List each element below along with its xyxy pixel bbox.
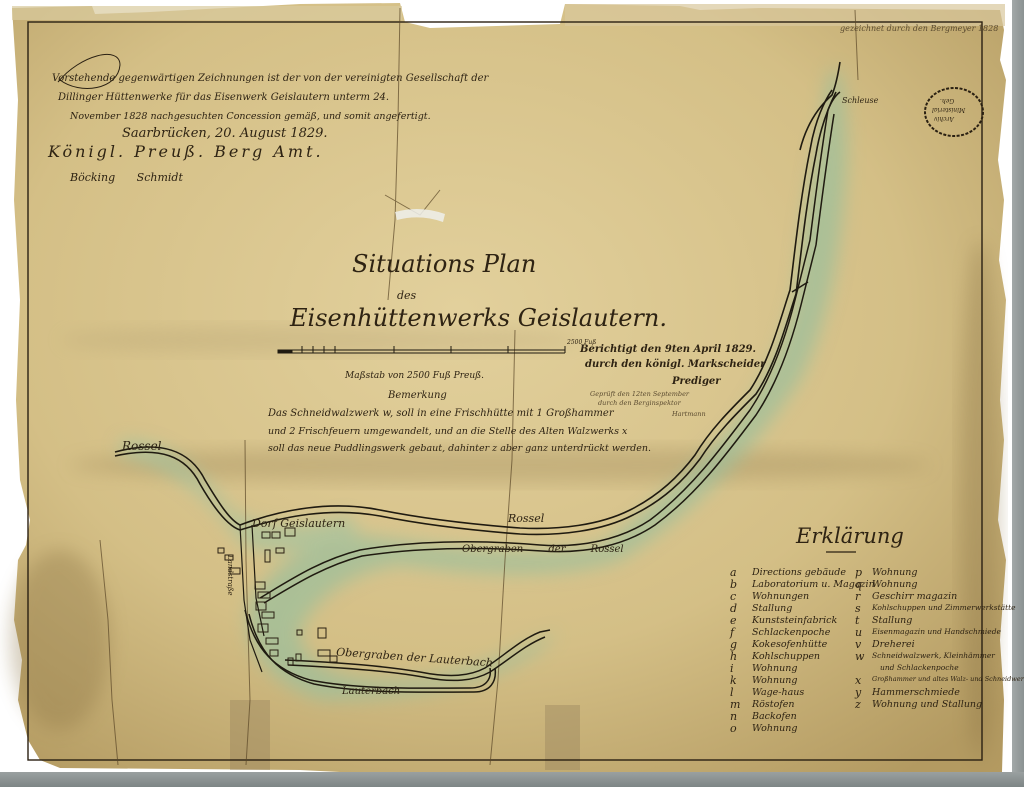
label-rossel-west: Rossel [122, 440, 162, 452]
map-scene: Vorstehende gegenwärtigen Zeichnungen is… [0, 0, 1024, 787]
legend-label: Stallung [752, 603, 792, 614]
label-lauterbach: Lauterbach [342, 687, 400, 697]
legend-key: o [730, 722, 737, 735]
legend-label: Kunststeinfabrick [752, 615, 837, 626]
header-note-line-2: Dillinger Hüttenwerke für das Eisenwerk … [58, 93, 389, 103]
legend-label: Kohlschuppen und Zimmerwerkstätte [872, 603, 1016, 612]
stamp-line-1: Geh. [940, 97, 954, 103]
certification-signature: Prediger [672, 377, 721, 387]
legend-label: Wohnung [752, 723, 797, 734]
legend-label: Wohnungen [752, 591, 809, 602]
legend-label: Backofen [752, 711, 797, 722]
certification-secondary-1: Geprüft den 12ten September [590, 391, 689, 398]
legend-label: Stallung [872, 615, 912, 626]
legend-label: Wohnung [752, 675, 797, 686]
label-rossel-upper-canal: Obergraben der Rossel [462, 545, 624, 555]
header-note-line-3: November 1828 nachgesuchten Concession g… [70, 112, 431, 122]
remark-line-2: und 2 Frischfeuern umgewandelt, und an d… [268, 427, 627, 437]
legend-label: Kokesofenhütte [752, 639, 827, 650]
certification-line-2: durch den königl. Markscheider [585, 360, 765, 370]
title-line-1: Situations Plan [352, 252, 536, 276]
header-note-office: Königl. Preuß. Berg Amt. [48, 144, 324, 160]
legend-label: Geschirr magazin [872, 591, 957, 602]
title-line-2: des [397, 290, 416, 301]
header-note-signatures: Böcking Schmidt [70, 172, 183, 183]
legend-label: Eisenmagazin und Handschmiede [872, 627, 1001, 636]
legend-label: Wohnung [872, 567, 917, 578]
label-rossel-main: Rossel [508, 513, 544, 524]
legend-title: Erklärung [796, 526, 904, 547]
remark-heading: Bemerkung [388, 391, 447, 401]
stamp-line-3: Archiv [934, 115, 954, 121]
header-note-line-1: Vorstehende gegenwärtigen Zeichnungen is… [52, 74, 488, 84]
top-right-note: gezeichnet durch den Bergmeyer 1828 [840, 25, 998, 33]
legend-key: z [855, 698, 861, 711]
title-line-3: Eisenhüttenwerks Geislautern. [290, 306, 667, 330]
remark-line-1: Das Schneidwalzwerk w, soll in eine Fris… [268, 409, 614, 419]
legend-label: und Schlackenpoche [880, 663, 959, 672]
legend-label: Schlackenpoche [752, 627, 830, 638]
legend-label: Schneidwalzwerk, Kleinhämmer [872, 651, 995, 660]
remark-line-3: soll das neue Puddlingswerk gebaut, dahi… [268, 444, 651, 454]
legend-label: Wage-haus [752, 687, 804, 698]
legend-label: Directions gebäude [752, 567, 846, 578]
certification-secondary-signature: Hartmann [672, 411, 706, 418]
legend-label: Wohnung [752, 663, 797, 674]
label-village-road: Landstraße [226, 555, 233, 596]
label-weir: Schleuse [842, 97, 878, 105]
legend-key: w [855, 650, 864, 663]
certification-line-1: Berichtigt den 9ten April 1829. [580, 345, 756, 355]
header-note-date: Saarbrücken, 20. August 1829. [122, 127, 328, 140]
label-village: Dorf Geislautern [252, 518, 345, 529]
legend-label: Hammerschmiede [872, 687, 960, 698]
legend-label: Röstofen [752, 699, 795, 710]
legend-label: Kohlschuppen [752, 651, 820, 662]
legend-label: Wohnung und Stallung [872, 699, 982, 710]
legend-label: Dreherei [872, 639, 915, 650]
certification-secondary-2: durch den Berginspektor [598, 400, 681, 407]
legend-label: Wohnung [872, 579, 917, 590]
scale-label: Maßstab von 2500 Fuß Preuß. [345, 372, 484, 381]
stamp-line-2: Ministerial [932, 106, 965, 112]
legend-label: Großhammer und altes Walz- und Schneidwe… [872, 675, 1024, 683]
